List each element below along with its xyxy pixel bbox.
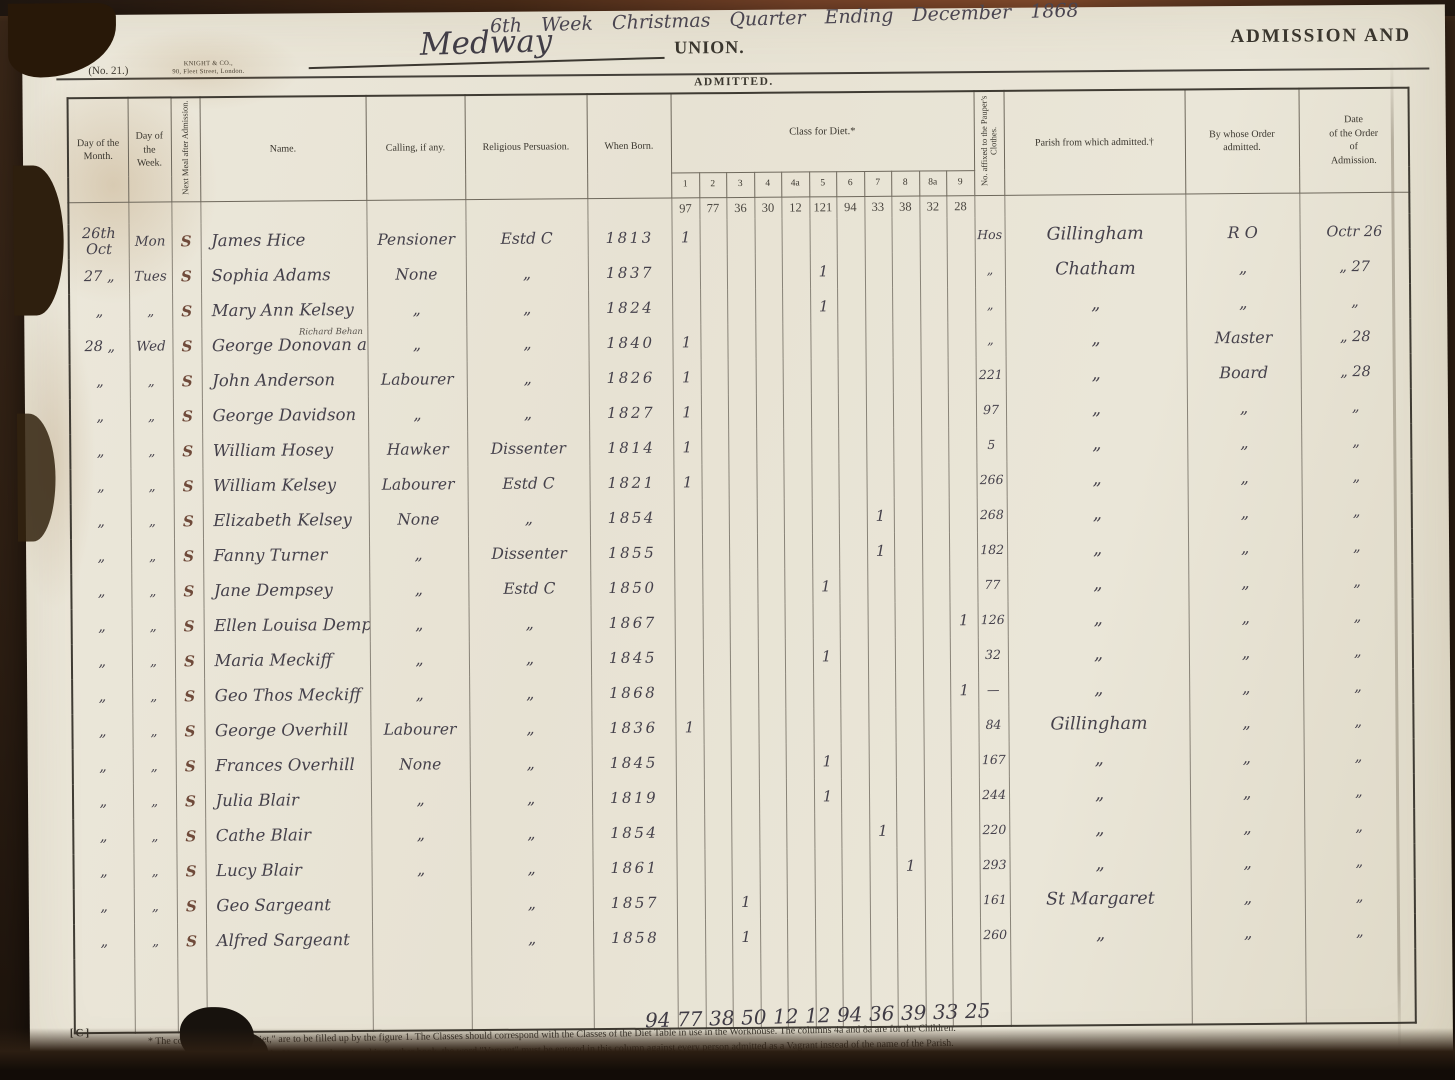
cell-born: 1867 bbox=[591, 604, 675, 640]
diet-mark-6 bbox=[838, 358, 866, 393]
diet-mark-8 bbox=[896, 778, 924, 813]
diet-mark-4a bbox=[783, 463, 811, 498]
cell-day_month: 28 „ bbox=[69, 329, 129, 364]
cell-day_month: „ bbox=[71, 574, 131, 609]
diet-mark-8a bbox=[920, 287, 947, 322]
cell-order_by: „ bbox=[1188, 495, 1302, 531]
cell-religion: „ bbox=[469, 710, 591, 746]
cell-day_month: „ bbox=[73, 854, 133, 889]
diet-col-header-6: 6 bbox=[836, 171, 864, 196]
diet-mark-6 bbox=[841, 848, 869, 883]
diet-mark-4a bbox=[785, 603, 813, 638]
cell-day_week: „ bbox=[131, 538, 174, 573]
diet-col-header-8: 8 bbox=[891, 171, 919, 196]
cell-clothes: „ bbox=[975, 252, 1005, 287]
diet-tally-8: 38 bbox=[891, 196, 919, 218]
diet-mark-3 bbox=[728, 359, 756, 394]
cell-day_week bbox=[128, 201, 171, 223]
cell-born: 1861 bbox=[592, 849, 676, 885]
diet-mark-3 bbox=[726, 219, 754, 254]
cell-clothes bbox=[974, 195, 1004, 217]
cell-clothes: 266 bbox=[976, 462, 1006, 497]
diet-mark-9 bbox=[949, 497, 977, 532]
cell-parish: „ bbox=[1007, 565, 1188, 601]
pauper-alias: Richard Behan bbox=[299, 327, 363, 338]
diet-mark-4 bbox=[757, 569, 784, 604]
diet-mark-6 bbox=[837, 253, 865, 288]
pauper-name: George Overhill bbox=[215, 720, 348, 740]
diet-mark-7: 1 bbox=[867, 498, 894, 533]
diet-mark-2 bbox=[703, 639, 730, 674]
cell-name: James Hice bbox=[201, 222, 367, 258]
diet-mark-1 bbox=[676, 814, 704, 849]
union-label: UNION. bbox=[674, 37, 745, 59]
cell-order_by: „ bbox=[1186, 285, 1300, 321]
cell-religion: Estd C bbox=[468, 570, 590, 606]
cell-day_month: „ bbox=[74, 889, 134, 924]
cell-meal: S bbox=[173, 468, 202, 503]
diet-mark-4 bbox=[754, 219, 781, 254]
diet-tally-1: 97 bbox=[671, 197, 699, 219]
diet-mark-8a bbox=[923, 602, 950, 637]
diet-mark-4a bbox=[783, 393, 811, 428]
cell-calling: None bbox=[371, 746, 470, 782]
diet-mark-4 bbox=[755, 254, 782, 289]
diet-mark-8a bbox=[921, 357, 948, 392]
diet-mark-9 bbox=[950, 707, 978, 742]
diet-mark-5: 1 bbox=[813, 638, 840, 673]
cell-name: Jane Dempsey bbox=[203, 572, 369, 608]
diet-mark-4a bbox=[786, 743, 814, 778]
diet-mark-2 bbox=[703, 674, 730, 709]
diet-mark-2 bbox=[705, 884, 732, 919]
cell-calling bbox=[372, 921, 471, 957]
diet-mark-8a bbox=[922, 532, 949, 567]
cell-religion: „ bbox=[467, 360, 589, 396]
diet-mark-1 bbox=[676, 744, 704, 779]
cell-name bbox=[200, 200, 366, 223]
diet-mark-9 bbox=[952, 917, 980, 952]
cell-religion: Estd C bbox=[466, 220, 588, 256]
cell-order_date: „ 28 bbox=[1300, 319, 1410, 355]
cell-meal: S bbox=[172, 328, 201, 363]
cell-name: Maria Meckiff bbox=[204, 642, 370, 678]
diet-mark-2 bbox=[704, 744, 731, 779]
diet-mark-9: 1 bbox=[950, 672, 978, 707]
cell-calling: Hawker bbox=[368, 431, 467, 467]
cell-born: 1837 bbox=[588, 255, 672, 291]
pauper-name: Sophia Adams bbox=[211, 265, 330, 285]
diet-mark-9 bbox=[947, 252, 975, 287]
cell-day_month: „ bbox=[73, 819, 133, 854]
cell-parish: „ bbox=[1008, 670, 1189, 706]
pauper-name: Geo Sargeant bbox=[216, 895, 331, 915]
cell-born: 1821 bbox=[589, 465, 673, 501]
diet-mark-4 bbox=[756, 464, 783, 499]
cell-religion: „ bbox=[468, 500, 590, 536]
cell-born: 1845 bbox=[591, 639, 675, 675]
cell-religion: Estd C bbox=[467, 465, 589, 501]
cell-clothes: 77 bbox=[977, 567, 1007, 602]
cell-day_week: Tues bbox=[129, 258, 172, 293]
col-header-religion: Religious Persuasion. bbox=[465, 94, 588, 199]
diet-mark-1 bbox=[675, 674, 703, 709]
cell-order_by: „ bbox=[1187, 425, 1301, 461]
cell-parish: „ bbox=[1010, 915, 1191, 951]
diet-mark-4a bbox=[785, 708, 813, 743]
diet-mark-4 bbox=[757, 499, 784, 534]
cell-order_date: „ bbox=[1304, 844, 1414, 880]
cell-religion: „ bbox=[467, 395, 589, 431]
diet-mark-5 bbox=[811, 358, 838, 393]
diet-mark-5 bbox=[813, 673, 840, 708]
diet-mark-1: 1 bbox=[675, 709, 703, 744]
diet-mark-4a bbox=[781, 218, 809, 253]
diet-mark-2 bbox=[703, 709, 730, 744]
diet-mark-1 bbox=[675, 604, 703, 639]
diet-mark-5 bbox=[814, 813, 841, 848]
diet-mark-7 bbox=[865, 323, 892, 358]
cell-order_by: „ bbox=[1191, 915, 1305, 951]
diet-mark-1: 1 bbox=[673, 359, 701, 394]
diet-mark-5 bbox=[812, 533, 839, 568]
cell-clothes: Hos bbox=[975, 217, 1005, 252]
diet-mark-3 bbox=[727, 289, 755, 324]
diet-mark-1: 1 bbox=[673, 464, 701, 499]
diet-mark-8: 1 bbox=[896, 848, 924, 883]
register-page: (No. 21.) KNIGHT & CO., 90, Fleet Street… bbox=[22, 4, 1453, 1071]
diet-mark-1: 1 bbox=[672, 324, 700, 359]
cell-born: 1845 bbox=[592, 744, 676, 780]
diet-mark-8 bbox=[896, 813, 924, 848]
cell-order_date bbox=[1299, 192, 1409, 215]
diet-mark-5 bbox=[813, 603, 840, 638]
cell-religion: „ bbox=[469, 640, 591, 676]
diet-col-header-4: 4 bbox=[754, 172, 781, 197]
diet-tally-7: 33 bbox=[864, 196, 891, 218]
diet-mark-5 bbox=[813, 708, 840, 743]
diet-mark-4 bbox=[760, 919, 787, 954]
diet-mark-3 bbox=[730, 709, 758, 744]
cell-name: Alfred Sargeant bbox=[206, 922, 372, 958]
cell-clothes: 260 bbox=[980, 917, 1010, 952]
cell-name: Julia Blair bbox=[205, 782, 371, 818]
cell-parish: „ bbox=[1008, 635, 1189, 671]
cell-clothes: „ bbox=[975, 287, 1005, 322]
cell-order_date: „ 27 bbox=[1300, 249, 1410, 285]
diet-mark-8 bbox=[895, 708, 923, 743]
cell-day_month bbox=[68, 202, 128, 224]
cell-day_month: „ bbox=[74, 924, 134, 959]
diet-mark-4a bbox=[783, 358, 811, 393]
diet-mark-8 bbox=[895, 638, 923, 673]
col-header-name: Name. bbox=[200, 96, 367, 201]
cell-order_date: „ bbox=[1302, 529, 1412, 565]
diet-mark-4 bbox=[759, 779, 786, 814]
cell-order_by: „ bbox=[1190, 775, 1304, 811]
cell-day_week: „ bbox=[132, 713, 175, 748]
cell-day_month: 26th Oct bbox=[69, 224, 129, 259]
cell-born: 1850 bbox=[590, 569, 674, 605]
cell-day_month: „ bbox=[72, 609, 132, 644]
cell-religion: „ bbox=[470, 850, 592, 886]
diet-mark-4a bbox=[787, 883, 815, 918]
cell-clothes: 221 bbox=[976, 357, 1006, 392]
diet-mark-8 bbox=[894, 498, 922, 533]
diet-mark-5 bbox=[815, 918, 842, 953]
cell-meal: S bbox=[177, 923, 206, 958]
diet-mark-6 bbox=[837, 323, 865, 358]
pauper-name: George Donovan alias bbox=[212, 335, 368, 355]
diet-col-header-1: 1 bbox=[671, 172, 699, 197]
corner-mark: [C] bbox=[70, 1027, 91, 1039]
cell-born: 1826 bbox=[589, 360, 673, 396]
cell-day_week: „ bbox=[130, 433, 173, 468]
cell-meal bbox=[177, 958, 207, 1032]
diet-mark-3 bbox=[730, 604, 758, 639]
cell-meal: S bbox=[175, 678, 204, 713]
cell-name: Fanny Turner bbox=[203, 537, 369, 573]
diet-mark-6 bbox=[840, 673, 868, 708]
diet-mark-9: 1 bbox=[950, 602, 978, 637]
admission-register: Day of the Month. Day of the Week. Next … bbox=[67, 87, 1417, 1031]
pauper-name: Julia Blair bbox=[215, 790, 298, 810]
diet-mark-2 bbox=[702, 534, 729, 569]
cell-parish bbox=[1004, 193, 1185, 216]
diet-mark-1 bbox=[675, 639, 703, 674]
diet-mark-2 bbox=[702, 569, 729, 604]
union-name-handwritten: Medway bbox=[308, 20, 665, 69]
cell-clothes: „ bbox=[975, 322, 1005, 357]
cell-day_month: „ bbox=[71, 539, 131, 574]
diet-mark-4 bbox=[756, 429, 783, 464]
diet-mark-4 bbox=[756, 394, 783, 429]
cell-name: Ellen Louisa Dempsey bbox=[204, 607, 370, 643]
diet-mark-7: 1 bbox=[869, 813, 896, 848]
cell-meal bbox=[171, 201, 200, 223]
col-header-clothes-number: No. affixed to the Pauper's Clothes. bbox=[974, 91, 1005, 195]
diet-mark-1 bbox=[676, 849, 704, 884]
cell-name: Geo Sargeant bbox=[206, 887, 372, 923]
diet-mark-6 bbox=[842, 883, 870, 918]
cell-meal: S bbox=[172, 223, 201, 258]
cell-religion: Dissenter bbox=[467, 430, 589, 466]
diet-mark-2 bbox=[704, 814, 731, 849]
diet-mark-4a bbox=[785, 638, 813, 673]
diet-mark-3 bbox=[731, 814, 759, 849]
cell-parish: Chatham bbox=[1005, 250, 1186, 286]
diet-mark-4a bbox=[782, 323, 810, 358]
cell-born: 1854 bbox=[590, 499, 674, 535]
diet-mark-3 bbox=[727, 324, 755, 359]
cell-religion: „ bbox=[471, 885, 593, 921]
diet-mark-8a bbox=[923, 637, 950, 672]
cell-day_month: „ bbox=[69, 294, 129, 329]
diet-col-header-8a: 8a bbox=[919, 170, 946, 195]
cell-order_by: „ bbox=[1188, 565, 1302, 601]
cell-parish: „ bbox=[1006, 425, 1187, 461]
col-header-order-by: By whose Order admitted. bbox=[1185, 89, 1300, 194]
diet-mark-2 bbox=[699, 219, 726, 254]
diet-mark-8 bbox=[894, 568, 922, 603]
cell-name: William Kelsey bbox=[202, 467, 368, 503]
cell-name: John Anderson bbox=[202, 362, 368, 398]
diet-mark-7 bbox=[868, 673, 895, 708]
cell-order_date: „ 28 bbox=[1301, 354, 1411, 390]
diet-mark-4 bbox=[758, 709, 785, 744]
diet-mark-6 bbox=[839, 533, 867, 568]
diet-col-header-7: 7 bbox=[864, 171, 891, 196]
diet-mark-5 bbox=[811, 428, 838, 463]
diet-mark-7 bbox=[868, 603, 895, 638]
diet-mark-8a bbox=[923, 707, 950, 742]
cell-day_week: „ bbox=[131, 573, 174, 608]
diet-mark-9 bbox=[951, 777, 979, 812]
cell-calling: „ bbox=[371, 781, 470, 817]
cell-day_week: „ bbox=[134, 923, 177, 958]
cell-religion: „ bbox=[469, 605, 591, 641]
diet-mark-8a bbox=[922, 567, 949, 602]
cell-order_date: „ bbox=[1302, 494, 1412, 530]
cell-name: Elizabeth Kelsey bbox=[203, 502, 369, 538]
diet-mark-1 bbox=[676, 779, 704, 814]
diet-mark-8 bbox=[897, 918, 925, 953]
diet-mark-7 bbox=[864, 218, 891, 253]
cell-order_date: „ bbox=[1300, 284, 1410, 320]
diet-tally-4: 30 bbox=[754, 197, 781, 219]
cell-day_week: Wed bbox=[129, 328, 172, 363]
cell-order_date: „ bbox=[1305, 879, 1415, 915]
diet-mark-8 bbox=[894, 533, 922, 568]
diet-mark-3 bbox=[728, 394, 756, 429]
cell-parish: „ bbox=[1006, 390, 1187, 426]
diet-mark-5 bbox=[811, 393, 838, 428]
cell-calling bbox=[372, 886, 471, 922]
diet-mark-4a bbox=[787, 918, 815, 953]
cell-day_week: „ bbox=[130, 398, 173, 433]
cell-parish: „ bbox=[1007, 530, 1188, 566]
diet-mark-8a bbox=[921, 392, 948, 427]
diet-mark-4a bbox=[783, 428, 811, 463]
diet-mark-6 bbox=[840, 708, 868, 743]
diet-mark-8 bbox=[892, 288, 920, 323]
cell-order_by: „ bbox=[1187, 390, 1301, 426]
diet-mark-6 bbox=[841, 778, 869, 813]
diet-tally-6: 94 bbox=[836, 196, 864, 218]
cell-meal: S bbox=[174, 538, 203, 573]
diet-mark-6 bbox=[842, 918, 870, 953]
cell-meal: S bbox=[177, 888, 206, 923]
diet-mark-6 bbox=[839, 498, 867, 533]
cell-clothes: 5 bbox=[976, 427, 1006, 462]
cell-parish: Gillingham bbox=[1008, 705, 1189, 741]
cell-day_month: „ bbox=[72, 714, 132, 749]
cell-name bbox=[206, 957, 373, 1032]
cell-meal: S bbox=[173, 433, 202, 468]
diet-tally-4a: 12 bbox=[781, 196, 809, 218]
cell-calling: „ bbox=[368, 396, 467, 432]
diet-mark-8 bbox=[895, 673, 923, 708]
cell-parish: „ bbox=[1008, 600, 1189, 636]
cell-meal: S bbox=[172, 258, 201, 293]
col-header-order-date: Date of the Order of Admission. bbox=[1299, 88, 1410, 193]
cell-clothes: 293 bbox=[979, 847, 1009, 882]
diet-mark-4a bbox=[786, 848, 814, 883]
diet-mark-8a bbox=[924, 777, 951, 812]
col-header-when-born: When Born. bbox=[587, 94, 672, 199]
cell-calling: Labourer bbox=[370, 711, 469, 747]
cell-order_by: „ bbox=[1189, 670, 1303, 706]
cell-order_by: „ bbox=[1190, 810, 1304, 846]
diet-mark-3 bbox=[729, 534, 757, 569]
diet-mark-8a bbox=[925, 917, 952, 952]
cell-name: Frances Overhill bbox=[205, 747, 371, 783]
cell-calling: Labourer bbox=[368, 466, 467, 502]
cell-order_date: „ bbox=[1305, 914, 1415, 950]
diet-mark-8 bbox=[893, 463, 921, 498]
pauper-name: William Hosey bbox=[213, 440, 334, 460]
diet-mark-8a bbox=[923, 672, 950, 707]
cell-order_date: „ bbox=[1304, 809, 1414, 845]
col-header-calling: Calling, if any. bbox=[366, 95, 466, 200]
cell-day_week: „ bbox=[129, 293, 172, 328]
cell-day_week: „ bbox=[132, 678, 175, 713]
diet-mark-4 bbox=[758, 639, 785, 674]
cell-religion bbox=[471, 955, 594, 1030]
cell-born bbox=[587, 198, 671, 221]
cell-calling: „ bbox=[370, 676, 469, 712]
diet-mark-8 bbox=[896, 743, 924, 778]
diet-mark-4 bbox=[758, 604, 785, 639]
cell-day_week: „ bbox=[130, 363, 173, 398]
diet-mark-6 bbox=[838, 393, 866, 428]
cell-day_week: „ bbox=[132, 608, 175, 643]
pauper-name: Mary Ann Kelsey bbox=[212, 300, 354, 320]
cell-order_date: „ bbox=[1302, 564, 1412, 600]
cell-parish: „ bbox=[1009, 775, 1190, 811]
diet-mark-8a bbox=[922, 497, 949, 532]
diet-mark-6 bbox=[838, 463, 866, 498]
col-header-next-meal-text: Next Meal after Admission. bbox=[180, 100, 190, 195]
col-header-clothes-number-text: No. affixed to the Pauper's Clothes. bbox=[979, 92, 998, 190]
cell-clothes: 220 bbox=[979, 812, 1009, 847]
cell-name: George Overhill bbox=[204, 712, 370, 748]
diet-mark-9 bbox=[947, 287, 975, 322]
cell-religion: „ bbox=[469, 675, 591, 711]
diet-mark-1: 1 bbox=[673, 429, 701, 464]
cell-born: 1840 bbox=[588, 325, 672, 361]
diet-mark-4a bbox=[784, 533, 812, 568]
cell-clothes: 97 bbox=[976, 392, 1006, 427]
diet-mark-4 bbox=[759, 849, 786, 884]
cell-day_month: „ bbox=[73, 784, 133, 819]
cell-calling: „ bbox=[371, 851, 470, 887]
cell-order_by bbox=[1191, 950, 1306, 1025]
diet-mark-7 bbox=[865, 288, 892, 323]
pauper-name: Lucy Blair bbox=[216, 860, 302, 880]
cell-name: Sophia Adams bbox=[201, 257, 367, 293]
cell-day_month: „ bbox=[70, 434, 130, 469]
diet-mark-7: 1 bbox=[867, 533, 894, 568]
cell-order_date: „ bbox=[1303, 599, 1413, 635]
cell-order_by: Master bbox=[1186, 320, 1300, 356]
cell-name: George Davidson bbox=[202, 397, 368, 433]
diet-mark-6 bbox=[836, 218, 864, 253]
diet-mark-5: 1 bbox=[814, 778, 841, 813]
cell-name: Cathe Blair bbox=[205, 817, 371, 853]
pauper-name: Fanny Turner bbox=[214, 545, 328, 565]
diet-mark-2 bbox=[704, 779, 731, 814]
